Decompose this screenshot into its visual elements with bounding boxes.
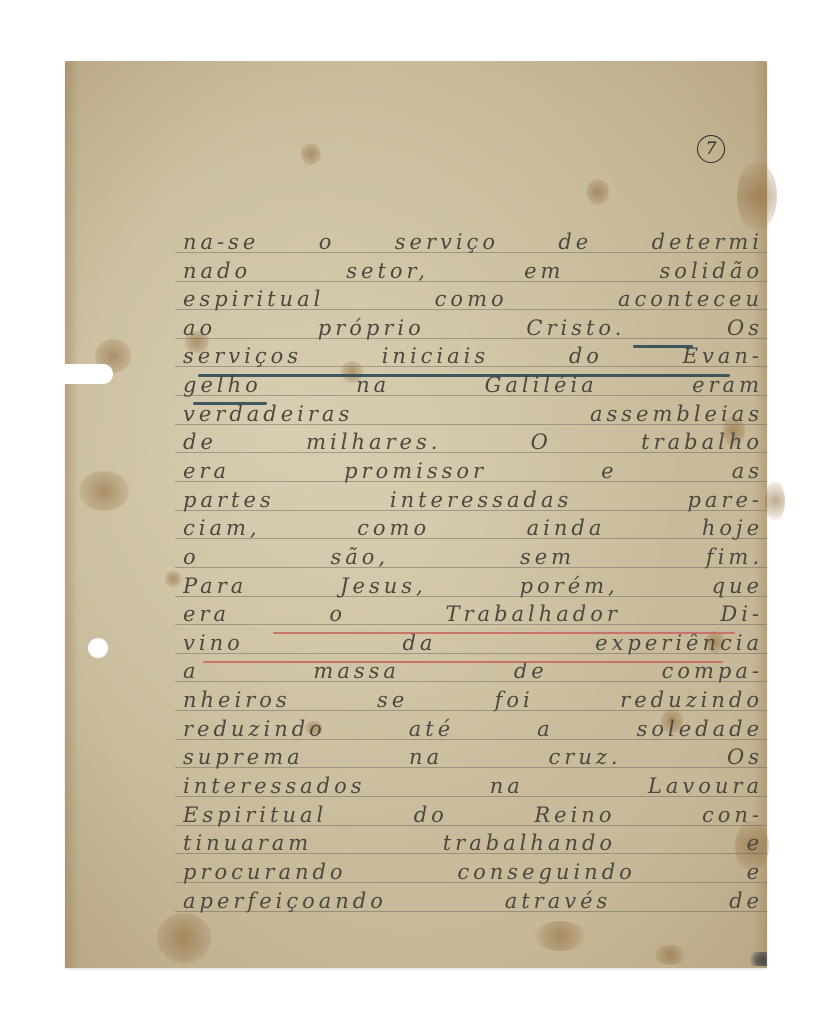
foxing-stain <box>79 471 129 511</box>
handwritten-line: aperfeiçoando através de <box>183 887 763 915</box>
handwritten-line: reduzindo até a soledade <box>183 715 763 743</box>
foxing-stain <box>165 571 181 587</box>
handwritten-line: o são, sem fim. <box>183 543 763 571</box>
handwritten-line: Para Jesus, porém, que <box>183 572 763 600</box>
handwritten-line: nheiros se foi reduzindo <box>183 686 763 714</box>
handwritten-line: procurando conseguindo e <box>183 858 763 886</box>
red-pencil-underline <box>273 632 735 634</box>
handwritten-line: ciam, como ainda hoje <box>183 514 763 542</box>
handwritten-line: suprema na cruz. Os <box>183 743 763 771</box>
corner-ink-mark <box>747 952 767 966</box>
handwritten-line: interessados na Lavoura <box>183 772 763 800</box>
foxing-stain <box>535 921 585 951</box>
blue-pencil-underline <box>193 402 267 405</box>
foxing-stain <box>301 143 321 165</box>
red-pencil-underline <box>203 661 723 663</box>
page-number: 7 <box>697 135 725 163</box>
foxing-stain <box>157 913 211 963</box>
punch-hole <box>55 364 113 384</box>
handwritten-line: partes interessadas pare- <box>183 486 763 514</box>
handwritten-line: ao próprio Cristo. Os <box>183 314 763 342</box>
handwritten-line: na-se o serviço de determi <box>183 228 763 256</box>
manuscript-page: 7 na-se o serviço de determi nado setor,… <box>65 61 767 968</box>
handwritten-line: era promissor e as <box>183 457 763 485</box>
handwritten-line: verdadeiras assembleias <box>183 400 763 428</box>
punch-hole <box>88 638 108 658</box>
handwritten-line: era o Trabalhador Di- <box>183 600 763 628</box>
page-edge-shading <box>65 61 79 968</box>
blue-pencil-underline <box>633 345 693 348</box>
handwritten-line: espiritual como aconteceu <box>183 285 763 313</box>
handwritten-line: tinuaram trabalhando e <box>183 829 763 857</box>
foxing-stain <box>655 945 685 965</box>
handwritten-line: Espiritual do Reino con- <box>183 801 763 829</box>
handwritten-line: nado setor, em solidão <box>183 257 763 285</box>
foxing-stain <box>737 161 777 231</box>
handwritten-line: de milhares. O trabalho <box>183 428 763 456</box>
foxing-stain <box>587 179 609 205</box>
foxing-stain <box>765 481 785 521</box>
blue-pencil-underline <box>198 374 730 377</box>
